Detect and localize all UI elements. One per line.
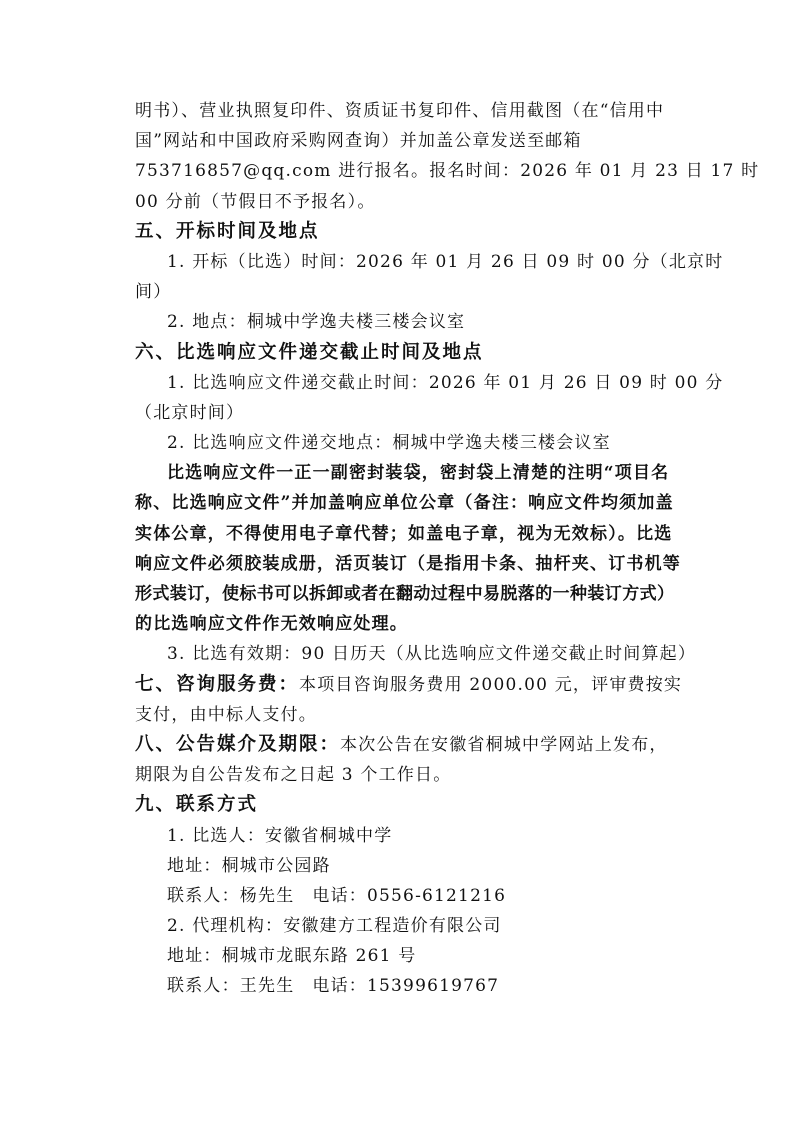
section-6-item-2: 2. 比选响应文件递交地点：桐城中学逸夫楼三楼会议室 — [135, 428, 670, 458]
intro-line-1: 明书）、营业执照复印件、资质证书复印件、信用截图（在“信用中 — [135, 96, 670, 126]
agency-contact-line: 联系人：王先生电话：15399619767 — [135, 971, 670, 1001]
section-8-heading: 八、公告媒介及期限： — [135, 734, 340, 755]
section-6-item-3: 3. 比选有效期：90 日历天（从比选响应文件递交截止时间算起） — [135, 639, 670, 669]
agency-phone: 电话：15399619767 — [312, 976, 499, 996]
section-6-note-line-6: 的比选响应文件作无效响应处理。 — [135, 609, 670, 639]
buyer-contact: 联系人：杨先生 — [167, 886, 294, 906]
section-8-line-2: 期限为自公告发布之日起 3 个工作日。 — [135, 760, 670, 790]
agency-contact: 联系人：王先生 — [167, 976, 294, 996]
section-5-item-2: 2. 地点：桐城中学逸夫楼三楼会议室 — [135, 307, 670, 337]
buyer-address: 地址：桐城市公园路 — [135, 851, 670, 881]
section-6-heading: 六、比选响应文件递交截止时间及地点 — [135, 338, 670, 368]
agency-label: 2. 代理机构：安徽建方工程造价有限公司 — [135, 911, 670, 941]
buyer-label: 1. 比选人：安徽省桐城中学 — [135, 821, 670, 851]
section-6-note-line-1: 比选响应文件一正一副密封装袋，密封袋上清楚的注明“项目名 — [135, 458, 670, 488]
document-page: 明书）、营业执照复印件、资质证书复印件、信用截图（在“信用中 国”网站和中国政府… — [135, 96, 670, 1002]
section-5-item-1-cont: 间） — [135, 277, 670, 307]
section-5-item-1: 1. 开标（比选）时间：2026 年 01 月 26 日 09 时 00 分（北… — [135, 247, 670, 277]
section-5-heading: 五、开标时间及地点 — [135, 217, 670, 247]
section-6-note-line-4: 响应文件必须胶装成册，活页装订（是指用卡条、抽杆夹、订书机等 — [135, 549, 670, 579]
buyer-phone: 电话：0556-6121216 — [312, 886, 506, 906]
intro-line-3: 753716857@qq.com 进行报名。报名时间：2026 年 01 月 2… — [135, 156, 670, 186]
section-7-text: 本项目咨询服务费用 2000.00 元，评审费按实 — [299, 675, 682, 695]
section-7-heading: 七、咨询服务费： — [135, 674, 299, 695]
section-6-note-line-2: 称、比选响应文件”并加盖响应单位公章（备注：响应文件均须加盖 — [135, 488, 670, 518]
section-6-item-1: 1. 比选响应文件递交截止时间：2026 年 01 月 26 日 09 时 00… — [135, 368, 670, 398]
section-8-line-1: 八、公告媒介及期限：本次公告在安徽省桐城中学网站上发布， — [135, 730, 670, 760]
section-8-text: 本次公告在安徽省桐城中学网站上发布， — [340, 735, 668, 755]
section-7-line-2: 支付，由中标人支付。 — [135, 700, 670, 730]
section-7-line-1: 七、咨询服务费：本项目咨询服务费用 2000.00 元，评审费按实 — [135, 670, 670, 700]
buyer-contact-line: 联系人：杨先生电话：0556-6121216 — [135, 881, 670, 911]
intro-line-2: 国”网站和中国政府采购网查询）并加盖公章发送至邮箱 — [135, 126, 670, 156]
agency-address: 地址：桐城市龙眠东路 261 号 — [135, 941, 670, 971]
section-6-note-line-3: 实体公章，不得使用电子章代替；如盖电子章，视为无效标）。比选 — [135, 519, 670, 549]
section-6-item-1-cont: （北京时间） — [135, 398, 670, 428]
section-9-heading: 九、联系方式 — [135, 790, 670, 820]
intro-line-4: 00 分前（节假日不予报名）。 — [135, 187, 670, 217]
section-6-note-line-5: 形式装订，使标书可以拆卸或者在翻动过程中易脱落的一种装订方式） — [135, 579, 670, 609]
